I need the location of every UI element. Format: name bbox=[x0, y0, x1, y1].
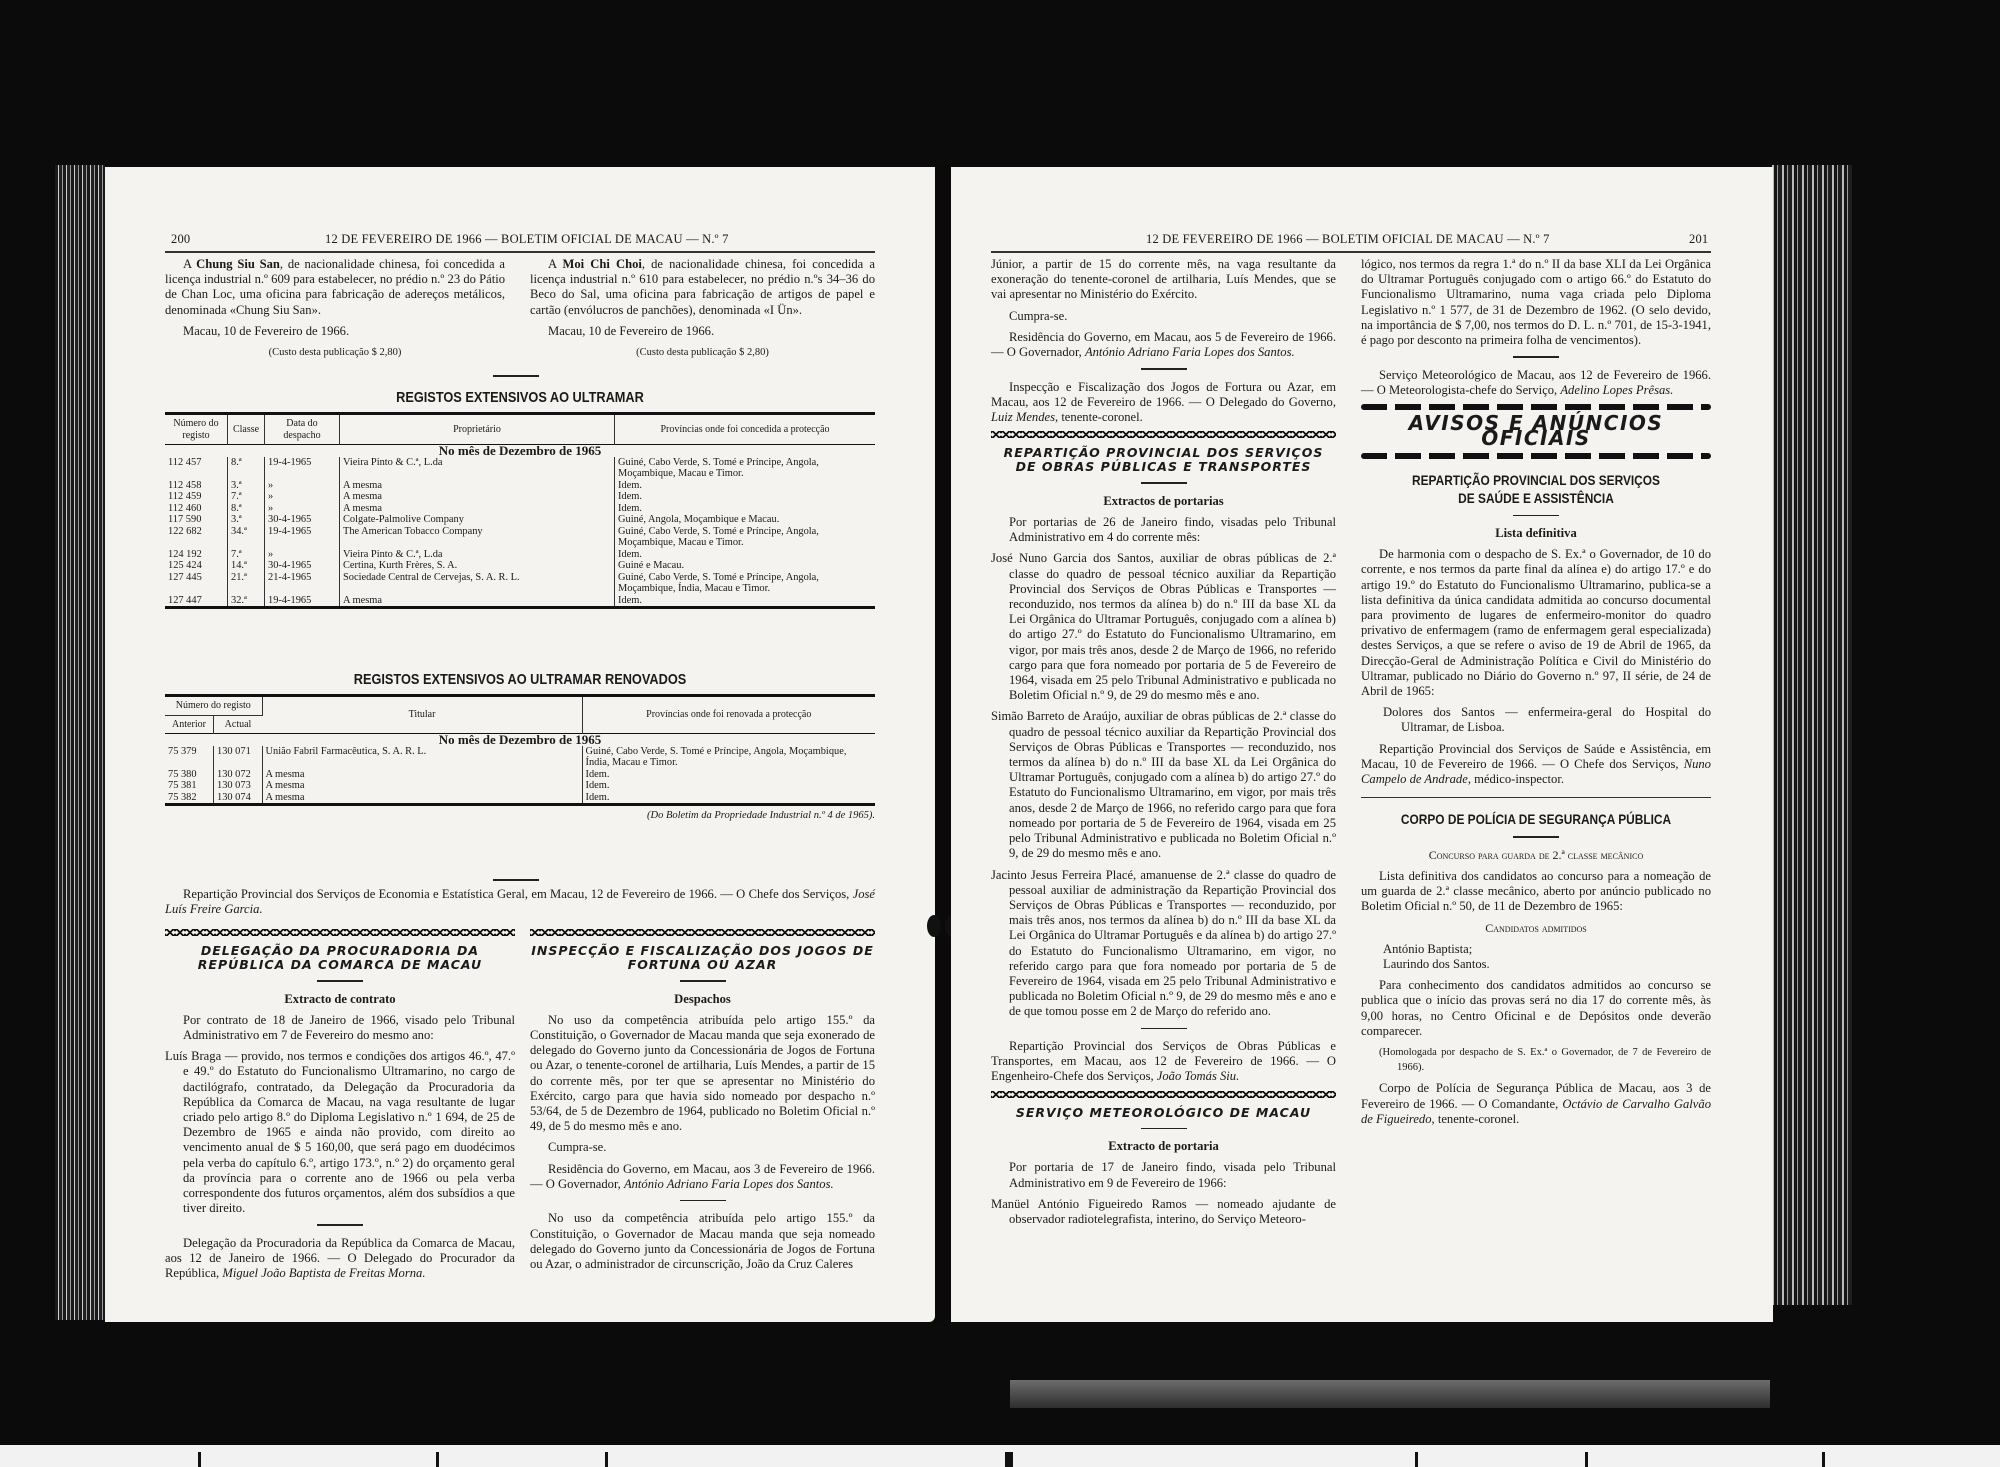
avisos-title: AVISOS E ANÚNCIOS OFICIAIS bbox=[1361, 416, 1711, 446]
licensee-name: Chung Siu San bbox=[196, 257, 280, 271]
despacho-1: No uso da competência atribuída pelo art… bbox=[530, 1013, 875, 1135]
policia-title: CORPO DE POLÍCIA DE SEGURANÇA PÚBLICA bbox=[1387, 810, 1685, 828]
notice-chung-siu-san: A Chung Siu San, de nacionalidade chines… bbox=[165, 257, 505, 366]
portaria-item: José Nuno Garcia dos Santos, auxiliar de… bbox=[991, 551, 1336, 703]
table-cell: 14.ª bbox=[228, 560, 265, 572]
section-title: SERVIÇO METEOROLÓGICO DE MACAU bbox=[991, 1106, 1336, 1120]
table-title: REGISTOS EXTENSIVOS AO ULTRAMAR bbox=[218, 389, 822, 406]
wavy-divider bbox=[530, 929, 875, 936]
portaria-intro: Por portaria de 17 de Janeiro findo, vis… bbox=[991, 1160, 1336, 1190]
table-cell: 7.ª bbox=[228, 549, 265, 561]
table-cell: 19-4-1965 bbox=[265, 457, 340, 480]
table-cell: Guiné, Cabo Verde, S. Tomé e Príncipe, A… bbox=[582, 746, 875, 769]
table-row: 125 42414.ª30-4-1965Certina, Kurth Frère… bbox=[165, 560, 875, 572]
table-cell: 127 447 bbox=[165, 595, 228, 608]
table-cell: Guiné, Cabo Verde, S. Tomé e Príncipe, A… bbox=[615, 457, 876, 480]
ornament-divider-top bbox=[1361, 404, 1711, 410]
table-cell: » bbox=[265, 491, 340, 503]
signer-name: António Adriano Faria Lopes dos Santos. bbox=[624, 1177, 834, 1191]
table-cell: Certina, Kurth Frères, S. A. bbox=[340, 560, 615, 572]
right-col-2: lógico, nos termos da regra 1.ª do n.º I… bbox=[1361, 257, 1711, 1133]
section-rule bbox=[1361, 797, 1711, 798]
registos-table: Número do registo Classe Data do despach… bbox=[165, 412, 875, 609]
table-cell: Guiné, Angola, Moçambique e Macau. bbox=[615, 514, 876, 526]
registos-table-section: REGISTOS EXTENSIVOS AO ULTRAMAR Número d… bbox=[165, 385, 875, 609]
wavy-divider bbox=[991, 431, 1336, 438]
table-cell: A mesma bbox=[340, 595, 615, 608]
section-divider bbox=[1513, 356, 1559, 358]
cumpra-se: Cumpra-se. bbox=[530, 1140, 875, 1155]
table-row: 124 1927.ª»Vieira Pinto & C.ª, L.daIdem. bbox=[165, 549, 875, 561]
saude-title-line1: REPARTIÇÃO PROVINCIAL DOS SERVIÇOS bbox=[1387, 471, 1685, 489]
notice-cost: (Custo desta publicação $ 2,80) bbox=[530, 345, 875, 360]
table-cell: 112 460 bbox=[165, 503, 228, 515]
section-divider bbox=[1141, 482, 1187, 484]
table-row: 75 381130 073A mesmaIdem. bbox=[165, 780, 875, 792]
signer-rank: , tenente-coronel. bbox=[1055, 410, 1143, 424]
table-row: 112 4583.ª»A mesmaIdem. bbox=[165, 480, 875, 492]
month-heading: No mês de Dezembro de 1965 bbox=[165, 734, 875, 746]
section-divider bbox=[1141, 1028, 1187, 1030]
candidate-entry: Dolores dos Santos — enfermeira-geral do… bbox=[1361, 705, 1711, 735]
portarias-intro: Por portarias de 26 de Janeiro findo, vi… bbox=[991, 515, 1336, 545]
table-cell: Guiné e Macau. bbox=[615, 560, 876, 572]
table-cell: 7.ª bbox=[228, 491, 265, 503]
running-head: 12 DE FEVEREIRO DE 1966 — BOLETIM OFICIA… bbox=[1146, 232, 1550, 247]
section-subtitle: Concurso para guarda de 2.ª classe mecân… bbox=[1361, 848, 1711, 863]
col-data: Data do despacho bbox=[265, 414, 340, 445]
residencia-signoff: Residência do Governo, em Macau, aos 3 d… bbox=[530, 1162, 875, 1192]
table-cell: Idem. bbox=[582, 769, 875, 781]
table-cell: Idem. bbox=[615, 480, 876, 492]
table-cell: 127 445 bbox=[165, 572, 228, 595]
table-row: 127 44521.ª21-4-1965Sociedade Central de… bbox=[165, 572, 875, 595]
licensee-name: Moi Chi Choi bbox=[563, 257, 642, 271]
policia-signoff: Corpo de Polícia de Segurança Pública de… bbox=[1361, 1081, 1711, 1127]
delegacao-signoff: Delegação da Procuradoria da República d… bbox=[165, 1236, 515, 1282]
section-subtitle: Extracto de contrato bbox=[165, 992, 515, 1007]
signoff-text: Repartição Provincial dos Serviços de Ec… bbox=[183, 887, 849, 901]
continued-text: Júnior, a partir de 15 do corrente mês, … bbox=[991, 257, 1336, 303]
policia-notice: Para conhecimento dos candidatos admitid… bbox=[1361, 978, 1711, 1039]
delegacao-section: DELEGAÇÃO DA PROCURADORIA DA REPÚBLICA D… bbox=[165, 925, 515, 1287]
renovados-table: Número do registo Titular Províncias ond… bbox=[165, 694, 875, 806]
table-cell: 130 074 bbox=[214, 792, 263, 805]
admitted-heading: Candidatos admitidos bbox=[1361, 921, 1711, 936]
cumpra-se: Cumpra-se. bbox=[991, 309, 1336, 324]
table-cell: Guiné, Cabo Verde, S. Tomé e Príncipe, A… bbox=[615, 572, 876, 595]
signoff-text: Repartição Provincial dos Serviços de Sa… bbox=[1361, 742, 1711, 771]
table-cell: 130 072 bbox=[214, 769, 263, 781]
right-col-1: Júnior, a partir de 15 do corrente mês, … bbox=[991, 257, 1336, 1233]
candidate-name: Laurindo dos Santos. bbox=[1361, 957, 1711, 972]
table-cell: » bbox=[265, 480, 340, 492]
scanner-bottom-strip bbox=[0, 1445, 2000, 1467]
signer-rank: , tenente-coronel. bbox=[1432, 1112, 1520, 1126]
running-head: 12 DE FEVEREIRO DE 1966 — BOLETIM OFICIA… bbox=[325, 232, 729, 247]
table-cell: Vieira Pinto & C.ª, L.da bbox=[340, 457, 615, 480]
table-row: 75 379130 071União Fabril Farmacêutica, … bbox=[165, 746, 875, 769]
signoff-text: Inspecção e Fiscalização dos Jogos de Fo… bbox=[991, 380, 1336, 409]
table-row: 112 4578.ª19-4-1965Vieira Pinto & C.ª, L… bbox=[165, 457, 875, 480]
col-anterior: Anterior bbox=[165, 715, 214, 734]
section-divider bbox=[493, 375, 539, 377]
wavy-divider bbox=[991, 1091, 1336, 1098]
homologada-note: (Homologada por despacho de S. Ex.ª o Go… bbox=[1361, 1045, 1711, 1075]
contract-body: Luís Braga — provido, nos termos e condi… bbox=[165, 1049, 515, 1216]
meteo-signoff: Serviço Meteorológico de Macau, aos 12 d… bbox=[1361, 368, 1711, 398]
table-source: (Do Boletim da Propriedade Industrial n.… bbox=[165, 810, 875, 821]
table-row: 112 4608.ª»A mesmaIdem. bbox=[165, 503, 875, 515]
portaria-item: Jacinto Jesus Ferreira Placé, amanuense … bbox=[991, 868, 1336, 1020]
continued-text: lógico, nos termos da regra 1.ª do n.º I… bbox=[1361, 257, 1711, 348]
col-actual: Actual bbox=[214, 715, 263, 734]
left-page: 200 12 DE FEVEREIRO DE 1966 — BOLETIM OF… bbox=[105, 167, 935, 1322]
book-page-edges-left bbox=[55, 165, 105, 1320]
table-cell: 8.ª bbox=[228, 457, 265, 480]
section-divider bbox=[1513, 515, 1559, 517]
table-cell: 130 071 bbox=[214, 746, 263, 769]
table-row: 117 5903.ª30-4-1965Colgate-Palmolive Com… bbox=[165, 514, 875, 526]
contract-intro: Por contrato de 18 de Janeiro de 1966, v… bbox=[165, 1013, 515, 1043]
table-cell: A mesma bbox=[262, 769, 582, 781]
signer-name: João Tomás Siu. bbox=[1157, 1069, 1239, 1083]
table-cell: 8.ª bbox=[228, 503, 265, 515]
economia-signoff: Repartição Provincial dos Serviços de Ec… bbox=[165, 887, 875, 923]
table-cell: 75 380 bbox=[165, 769, 214, 781]
table-cell: A mesma bbox=[262, 792, 582, 805]
table-cell: Idem. bbox=[615, 595, 876, 608]
table-cell: 75 382 bbox=[165, 792, 214, 805]
section-divider bbox=[1513, 836, 1559, 838]
col-titular: Titular bbox=[262, 696, 582, 734]
table-cell: 3.ª bbox=[228, 480, 265, 492]
notice-cost: (Custo desta publicação $ 2,80) bbox=[165, 345, 505, 360]
section-divider bbox=[317, 980, 363, 982]
col-proprietario: Proprietário bbox=[340, 414, 615, 445]
table-cell: 124 192 bbox=[165, 549, 228, 561]
right-page: 12 DE FEVEREIRO DE 1966 — BOLETIM OFICIA… bbox=[951, 167, 1773, 1322]
table-cell: » bbox=[265, 503, 340, 515]
section-title: REPARTIÇÃO PROVINCIAL DOS SERVIÇOS DE OB… bbox=[991, 446, 1336, 474]
section-subtitle: Despachos bbox=[530, 992, 875, 1007]
wavy-divider bbox=[165, 929, 515, 936]
table-row: 112 4597.ª»A mesmaIdem. bbox=[165, 491, 875, 503]
table-row: 75 382130 074A mesmaIdem. bbox=[165, 792, 875, 805]
table-row: 75 380130 072A mesmaIdem. bbox=[165, 769, 875, 781]
signer-name: António Adriano Faria Lopes dos Santos. bbox=[1085, 345, 1295, 359]
table-cell: Sociedade Central de Cervejas, S. A. R. … bbox=[340, 572, 615, 595]
header-rule bbox=[991, 251, 1711, 253]
table-cell: 112 457 bbox=[165, 457, 228, 480]
section-divider bbox=[493, 879, 539, 881]
col-classe: Classe bbox=[228, 414, 265, 445]
saude-title-line2: DE SAÚDE E ASSISTÊNCIA bbox=[1387, 489, 1685, 507]
table-cell: Idem. bbox=[582, 792, 875, 805]
despacho-2: No uso da competência atribuída pelo art… bbox=[530, 1211, 875, 1272]
table-cell: Idem. bbox=[615, 491, 876, 503]
inspeccao-signoff: Inspecção e Fiscalização dos Jogos de Fo… bbox=[991, 380, 1336, 426]
header-rule bbox=[165, 251, 875, 253]
table-cell: 30-4-1965 bbox=[265, 560, 340, 572]
portaria-item: Simão Barreto de Araújo, auxiliar de obr… bbox=[991, 709, 1336, 861]
table-cell: 32.ª bbox=[228, 595, 265, 608]
notice-moi-chi-choi: A Moi Chi Choi, de nacionalidade chinesa… bbox=[530, 257, 875, 366]
inspeccao-section: INSPECÇÃO E FISCALIZAÇÃO DOS JOGOS DE FO… bbox=[530, 925, 875, 1278]
table-cell: Guiné, Cabo Verde, S. Tomé e Príncipe, A… bbox=[615, 526, 876, 549]
table-cell: 112 458 bbox=[165, 480, 228, 492]
section-title: DELEGAÇÃO DA PROCURADORIA DA REPÚBLICA D… bbox=[165, 944, 515, 972]
table-cell: 3.ª bbox=[228, 514, 265, 526]
table-title: REGISTOS EXTENSIVOS AO ULTRAMAR RENOVADO… bbox=[218, 671, 822, 688]
table-cell: A mesma bbox=[340, 491, 615, 503]
signer-name: Adelino Lopes Prêsas. bbox=[1560, 383, 1673, 397]
ornament-divider-bottom bbox=[1361, 453, 1711, 459]
table-cell: 75 381 bbox=[165, 780, 214, 792]
residencia-signoff: Residência do Governo, em Macau, aos 5 d… bbox=[991, 330, 1336, 360]
notice-date: Macau, 10 de Fevereiro de 1966. bbox=[165, 324, 505, 339]
table-cell: A mesma bbox=[262, 780, 582, 792]
saude-signoff: Repartição Provincial dos Serviços de Sa… bbox=[1361, 742, 1711, 788]
page-number: 201 bbox=[1689, 232, 1708, 247]
scan-mark bbox=[436, 1452, 439, 1467]
table-cell: 19-4-1965 bbox=[265, 526, 340, 549]
table-cell: 30-4-1965 bbox=[265, 514, 340, 526]
book-binding bbox=[935, 165, 951, 1325]
signer-name: Miguel João Baptista de Freitas Morna. bbox=[222, 1266, 425, 1280]
page-bottom-shadow bbox=[1010, 1380, 1770, 1408]
table-cell: The American Tobacco Company bbox=[340, 526, 615, 549]
table-cell: Colgate-Palmolive Company bbox=[340, 514, 615, 526]
scan-mark bbox=[605, 1452, 608, 1467]
col-provincias: Províncias onde foi renovada a protecção bbox=[582, 696, 875, 734]
saude-body: De harmonia com o despacho de S. Ex.ª o … bbox=[1361, 547, 1711, 699]
notice-date: Macau, 10 de Fevereiro de 1966. bbox=[530, 324, 875, 339]
page-number: 200 bbox=[171, 232, 190, 247]
section-divider bbox=[317, 1224, 363, 1226]
table-cell: 112 459 bbox=[165, 491, 228, 503]
col-provincias: Províncias onde foi concedida a protecçã… bbox=[615, 414, 876, 445]
scan-mark bbox=[198, 1452, 201, 1467]
table-cell: 34.ª bbox=[228, 526, 265, 549]
section-divider bbox=[1141, 1128, 1187, 1130]
table-cell: 117 590 bbox=[165, 514, 228, 526]
table-cell: A mesma bbox=[340, 480, 615, 492]
table-cell: 130 073 bbox=[214, 780, 263, 792]
obras-signoff: Repartição Provincial dos Serviços de Ob… bbox=[991, 1039, 1336, 1085]
scan-mark bbox=[1822, 1452, 1825, 1467]
table-cell: Idem. bbox=[615, 503, 876, 515]
section-subtitle: Lista definitiva bbox=[1361, 526, 1711, 541]
scan-mark bbox=[1415, 1452, 1418, 1467]
table-row: 127 44732.ª19-4-1965A mesmaIdem. bbox=[165, 595, 875, 608]
signer-name: Luiz Mendes bbox=[991, 410, 1055, 424]
scan-mark bbox=[1585, 1452, 1588, 1467]
table-cell: 21.ª bbox=[228, 572, 265, 595]
section-subtitle: Extractos de portarias bbox=[991, 494, 1336, 509]
section-divider bbox=[680, 980, 726, 982]
section-subtitle: Extracto de portaria bbox=[991, 1139, 1336, 1154]
table-cell: » bbox=[265, 549, 340, 561]
table-cell: União Fabril Farmacêutica, S. A. R. L. bbox=[262, 746, 582, 769]
table-cell: 75 379 bbox=[165, 746, 214, 769]
col-numero: Número do registo bbox=[165, 414, 228, 445]
table-cell: 125 424 bbox=[165, 560, 228, 572]
table-cell: 122 682 bbox=[165, 526, 228, 549]
table-cell: A mesma bbox=[340, 503, 615, 515]
section-divider bbox=[1141, 368, 1187, 370]
policia-body: Lista definitiva dos candidatos ao concu… bbox=[1361, 869, 1711, 915]
book-page-edges-right bbox=[1772, 165, 1852, 1305]
table-cell: 21-4-1965 bbox=[265, 572, 340, 595]
table-cell: 19-4-1965 bbox=[265, 595, 340, 608]
section-title: INSPECÇÃO E FISCALIZAÇÃO DOS JOGOS DE FO… bbox=[530, 944, 875, 972]
table-row: 122 68234.ª19-4-1965The American Tobacco… bbox=[165, 526, 875, 549]
table-cell: Idem. bbox=[615, 549, 876, 561]
candidate-name: António Baptista; bbox=[1361, 942, 1711, 957]
portaria-item: Manüel António Figueiredo Ramos — nomead… bbox=[991, 1197, 1336, 1227]
signer-rank: , médico-inspector. bbox=[1468, 772, 1564, 786]
scan-mark bbox=[1005, 1452, 1013, 1467]
table-cell: Idem. bbox=[582, 780, 875, 792]
month-heading: No mês de Dezembro de 1965 bbox=[165, 445, 875, 457]
section-divider bbox=[680, 1200, 726, 1202]
col-numero-group: Número do registo bbox=[165, 696, 262, 716]
renovados-table-section: REGISTOS EXTENSIVOS AO ULTRAMAR RENOVADO… bbox=[165, 667, 875, 821]
table-cell: Vieira Pinto & C.ª, L.da bbox=[340, 549, 615, 561]
